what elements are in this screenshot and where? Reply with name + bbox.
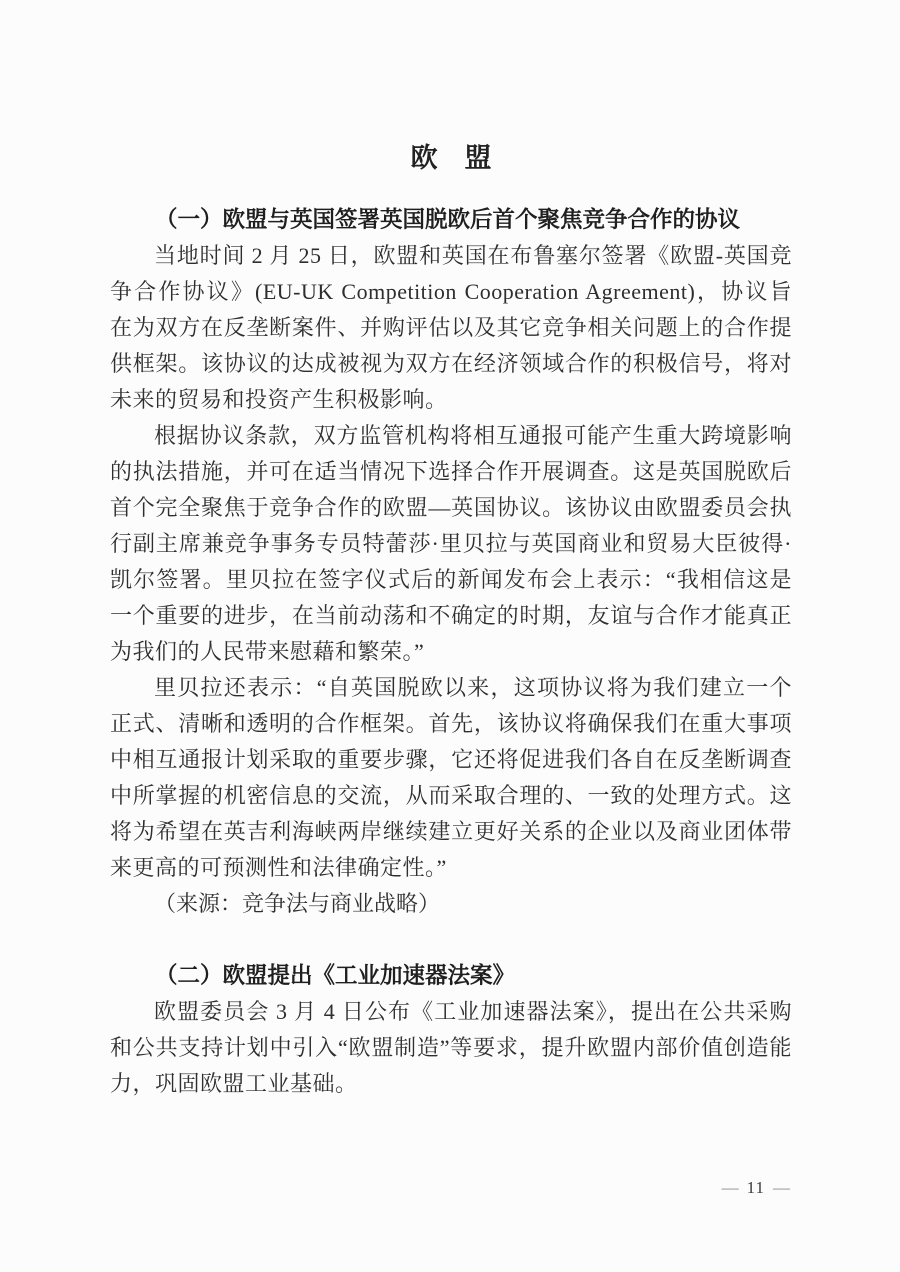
- section-industrial-accelerator-act: （二）欧盟提出《工业加速器法案》 欧盟委员会 3 月 4 日公布《工业加速器法案…: [110, 958, 792, 1102]
- section-1-paragraph-3: 里贝拉还表示：“自英国脱欧以来，这项协议将为我们建立一个正式、清晰和透明的合作框…: [110, 670, 792, 886]
- section-1-paragraph-1: 当地时间 2 月 25 日，欧盟和英国在布鲁塞尔签署《欧盟-英国竞争合作协议》(…: [110, 238, 792, 418]
- page-number: 11: [747, 1176, 765, 1200]
- page-title: 欧 盟: [110, 140, 792, 176]
- section-1-heading: （一）欧盟与英国签署英国脱欧后首个聚焦竞争合作的协议: [110, 202, 792, 238]
- document-content: 欧 盟 （一）欧盟与英国签署英国脱欧后首个聚焦竞争合作的协议 当地时间 2 月 …: [110, 0, 792, 1102]
- page-footer: — 11 —: [722, 1176, 790, 1200]
- footer-dash-left: —: [722, 1176, 739, 1200]
- section-eu-uk-agreement: （一）欧盟与英国签署英国脱欧后首个聚焦竞争合作的协议 当地时间 2 月 25 日…: [110, 202, 792, 922]
- document-page: 欧 盟 （一）欧盟与英国签署英国脱欧后首个聚焦竞争合作的协议 当地时间 2 月 …: [0, 0, 900, 1272]
- section-1-paragraph-2: 根据协议条款，双方监管机构将相互通报可能产生重大跨境影响的执法措施，并可在适当情…: [110, 418, 792, 670]
- footer-dash-right: —: [773, 1176, 790, 1200]
- section-2-heading: （二）欧盟提出《工业加速器法案》: [110, 958, 792, 994]
- section-2-paragraph-1: 欧盟委员会 3 月 4 日公布《工业加速器法案》，提出在公共采购和公共支持计划中…: [110, 994, 792, 1102]
- source-line: （来源：竞争法与商业战略）: [110, 886, 792, 922]
